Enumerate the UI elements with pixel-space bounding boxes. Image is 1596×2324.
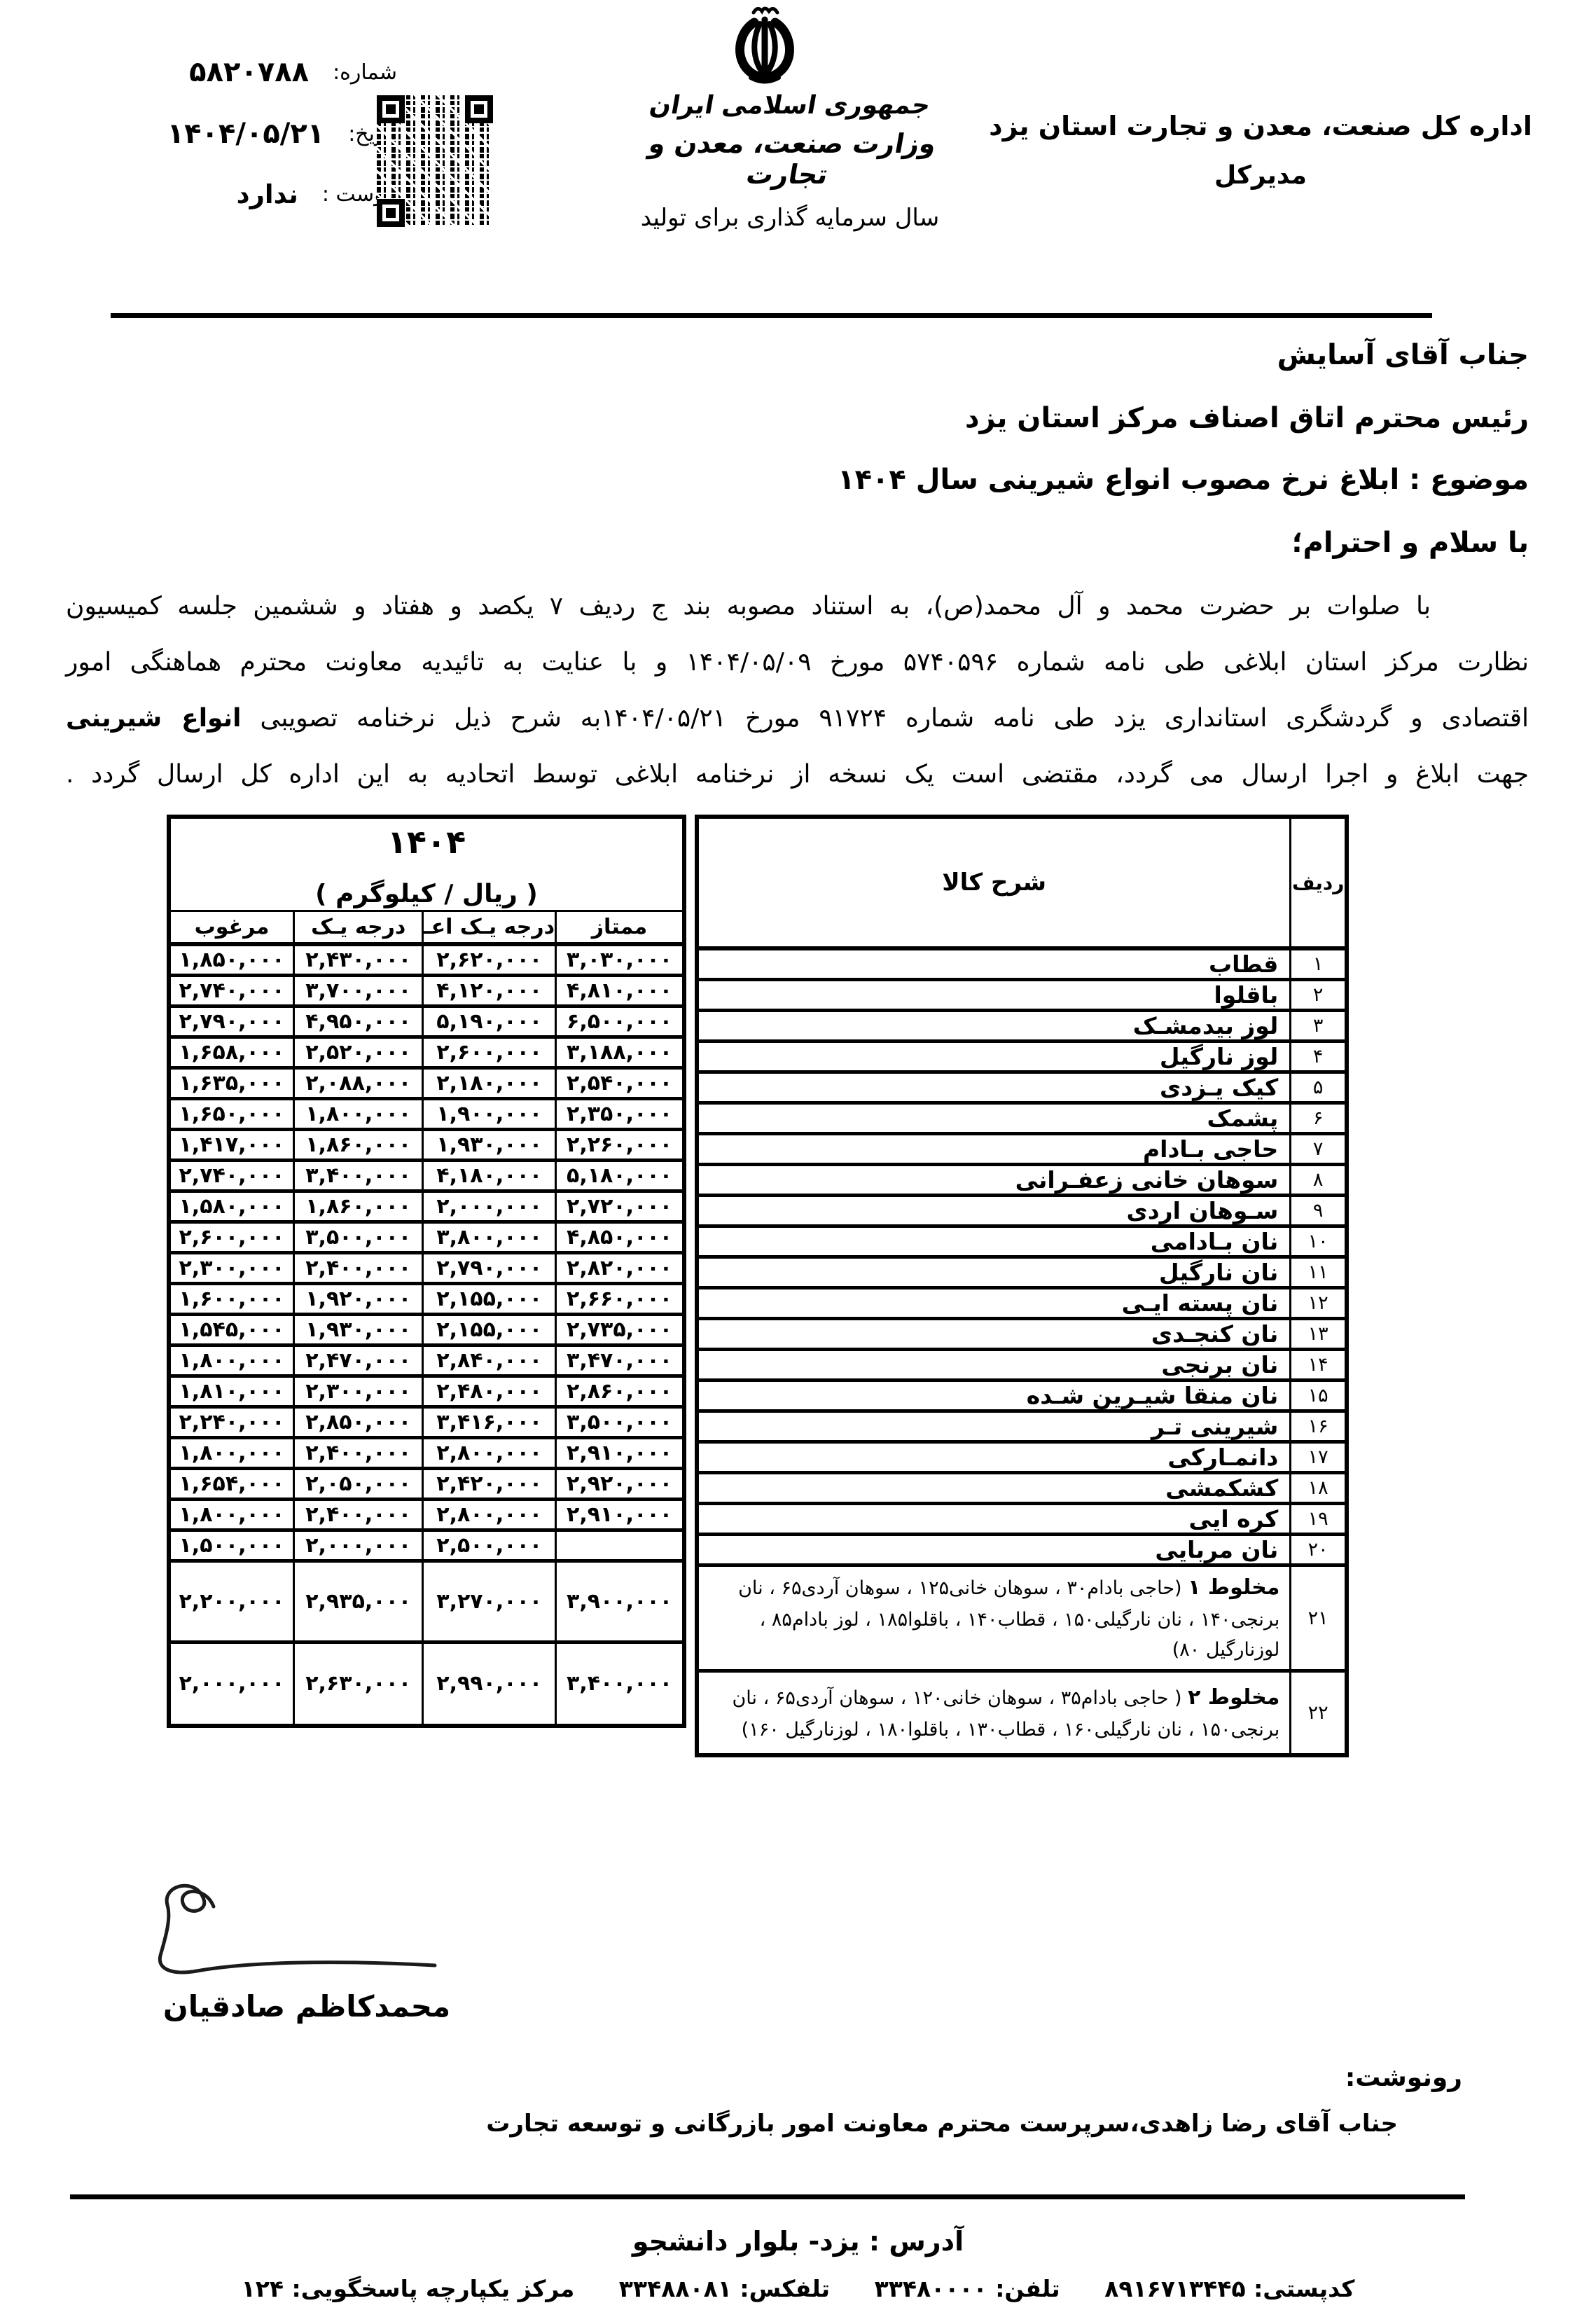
row-number-cell: ۶ xyxy=(1291,1103,1347,1134)
table-row: ۵,۱۸۰,۰۰۰۴,۱۸۰,۰۰۰۳,۴۰۰,۰۰۰۲,۷۴۰,۰۰۰ xyxy=(169,1160,684,1191)
letter-date-row: تاریخ: ۱۴۰۴/۰۵/۲۱ xyxy=(15,118,397,150)
qr-finder-icon xyxy=(377,199,405,227)
row-number-cell: ۱۹ xyxy=(1291,1504,1347,1535)
year-slogan: سال سرمایه گذاری برای تولید xyxy=(608,204,972,232)
letterhead-center: جمهوری اسلامی ایران وزارت صنعت، معدن و ت… xyxy=(608,91,972,232)
item-cell: کیک یـزدی xyxy=(697,1072,1291,1103)
item-cell: مخلوط ۱ (حاجی بادام۳۰ ، سوهان خانی۱۲۵ ، … xyxy=(697,1565,1291,1671)
price-cell: ۳,۰۳۰,۰۰۰ xyxy=(556,944,684,975)
table-row: ۲,۶۶۰,۰۰۰۲,۱۵۵,۰۰۰۱,۹۲۰,۰۰۰۱,۶۰۰,۰۰۰ xyxy=(169,1283,684,1314)
qr-finder-icon xyxy=(465,95,493,123)
price-cell: ۲,۳۵۰,۰۰۰ xyxy=(556,1098,684,1129)
row-number-cell: ۱۰ xyxy=(1291,1226,1347,1257)
price-cell: ۱,۸۱۰,۰۰۰ xyxy=(169,1376,293,1406)
footer-address: آدرس : یزد- بلوار دانشجو xyxy=(0,2226,1596,2257)
price-cell: ۴,۸۱۰,۰۰۰ xyxy=(556,975,684,1006)
table-row: ۵کیک یـزدی xyxy=(697,1072,1347,1103)
table-year: ۱۴۰۴ xyxy=(171,824,682,860)
addressee-name: جناب آقای آسایش xyxy=(1277,339,1529,371)
col-header-row-number: ردیف xyxy=(1291,817,1347,948)
table-row: ۹سـوهان اردی xyxy=(697,1196,1347,1226)
col-header-item: شرح کالا xyxy=(697,817,1291,948)
body-line-3-text: اقتصادی و گردشگری استانداری یزد طی نامه … xyxy=(241,704,1529,733)
salutation: با سلام و احترام؛ xyxy=(1292,527,1529,559)
price-cell: ۲,۸۴۰,۰۰۰ xyxy=(423,1345,556,1376)
price-cell: ۲,۲۰۰,۰۰۰ xyxy=(169,1561,293,1642)
price-cell: ۴,۱۲۰,۰۰۰ xyxy=(423,975,556,1006)
row-number-cell: ۱۱ xyxy=(1291,1257,1347,1288)
org-role: مدیرکل xyxy=(959,161,1562,190)
price-cell: ۲,۲۴۰,۰۰۰ xyxy=(169,1406,293,1437)
price-cell: ۴,۱۸۰,۰۰۰ xyxy=(423,1160,556,1191)
row-number-cell: ۲۰ xyxy=(1291,1535,1347,1565)
table-row: ۲۰نان مربایی xyxy=(697,1535,1347,1565)
price-cell: ۳,۴۷۰,۰۰۰ xyxy=(556,1345,684,1376)
org-name: اداره کل صنعت، معدن و تجارت استان یزد xyxy=(959,111,1562,141)
row-number-cell: ۷ xyxy=(1291,1134,1347,1165)
price-cell: ۳,۷۰۰,۰۰۰ xyxy=(293,975,422,1006)
price-cell: ۳,۵۰۰,۰۰۰ xyxy=(293,1222,422,1252)
price-cell: ۳,۴۰۰,۰۰۰ xyxy=(556,1642,684,1726)
price-cell: ۱,۹۰۰,۰۰۰ xyxy=(423,1098,556,1129)
item-cell: سوهان خانی زعفـرانی xyxy=(697,1165,1291,1196)
table-row: ۱قطاب xyxy=(697,948,1347,980)
price-cell: ۲,۹۹۰,۰۰۰ xyxy=(423,1642,556,1726)
price-cell: ۲,۹۲۰,۰۰۰ xyxy=(556,1468,684,1499)
letter-date-value: ۱۴۰۴/۰۵/۲۱ xyxy=(167,118,325,150)
price-cell: ۱,۸۰۰,۰۰۰ xyxy=(293,1098,422,1129)
item-cell: مخلوط ۲ ( حاجی بادام۳۵ ، سوهان خانی۱۲۰ ،… xyxy=(697,1671,1291,1755)
table-row: ۴لوز نارگیل xyxy=(697,1042,1347,1072)
price-cell: ۲,۷۹۰,۰۰۰ xyxy=(169,1006,293,1037)
table-row: ۲,۸۶۰,۰۰۰۲,۴۸۰,۰۰۰۲,۳۰۰,۰۰۰۱,۸۱۰,۰۰۰ xyxy=(169,1376,684,1406)
price-cell: ۴,۸۵۰,۰۰۰ xyxy=(556,1222,684,1252)
items-table: ردیف شرح کالا ۱قطاب۲باقلوا۳لوز بیدمشـک۴ل… xyxy=(695,815,1349,1757)
price-cell: ۲,۸۵۰,۰۰۰ xyxy=(293,1406,422,1437)
price-table-header-row: ممتاز درجه یـک اعـلا درجه یـک مرغوب xyxy=(169,911,684,944)
body-line-3: اقتصادی و گردشگری استانداری یزد طی نامه … xyxy=(66,691,1529,747)
row-number-cell: ۸ xyxy=(1291,1165,1347,1196)
col-header-momtaz: ممتاز xyxy=(556,911,684,944)
item-cell: نان نارگیل xyxy=(697,1257,1291,1288)
price-cell: ۱,۵۴۵,۰۰۰ xyxy=(169,1314,293,1345)
table-row: ۱۹کره ایی xyxy=(697,1504,1347,1535)
table-row: ۲,۳۵۰,۰۰۰۱,۹۰۰,۰۰۰۱,۸۰۰,۰۰۰۱,۶۵۰,۰۰۰ xyxy=(169,1098,684,1129)
price-cell: ۱,۹۲۰,۰۰۰ xyxy=(293,1283,422,1314)
table-row: ۲باقلوا xyxy=(697,980,1347,1011)
letter-meta: شماره: ۵۸۲۰۷۸۸ تاریخ: ۱۴۰۴/۰۵/۲۱ پیوست :… xyxy=(15,56,397,209)
price-cell: ۳,۴۰۰,۰۰۰ xyxy=(293,1160,422,1191)
row-number-cell: ۱۲ xyxy=(1291,1288,1347,1319)
price-cell: ۲,۴۰۰,۰۰۰ xyxy=(293,1437,422,1468)
table-row: ۱۳نان کنجـدی xyxy=(697,1319,1347,1350)
price-cell: ۲,۴۷۰,۰۰۰ xyxy=(293,1345,422,1376)
price-cell: ۲,۷۴۰,۰۰۰ xyxy=(169,1160,293,1191)
item-cell: دانمـارکی xyxy=(697,1442,1291,1473)
price-cell: ۳,۸۰۰,۰۰۰ xyxy=(423,1222,556,1252)
price-cell: ۲,۸۰۰,۰۰۰ xyxy=(423,1437,556,1468)
price-cell: ۲,۰۰۰,۰۰۰ xyxy=(169,1642,293,1726)
table-row: ۱۴نان برنجی xyxy=(697,1350,1347,1381)
table-row: ۶,۵۰۰,۰۰۰۵,۱۹۰,۰۰۰۴,۹۵۰,۰۰۰۲,۷۹۰,۰۰۰ xyxy=(169,1006,684,1037)
qr-finder-icon xyxy=(377,95,405,123)
price-cell: ۱,۸۵۰,۰۰۰ xyxy=(169,944,293,975)
item-cell: نان مربایی xyxy=(697,1535,1291,1565)
price-cell: ۵,۱۹۰,۰۰۰ xyxy=(423,1006,556,1037)
table-unit: ( ریال / کیلوگرم ) xyxy=(171,880,682,908)
row-number-cell: ۱۶ xyxy=(1291,1411,1347,1442)
qr-code xyxy=(377,95,493,227)
table-row: ۳لوز بیدمشـک xyxy=(697,1011,1347,1042)
row-number-cell: ۵ xyxy=(1291,1072,1347,1103)
price-cell: ۶,۵۰۰,۰۰۰ xyxy=(556,1006,684,1037)
letter-number-label: شماره: xyxy=(333,60,397,85)
table-row: ۱۱نان نارگیل xyxy=(697,1257,1347,1288)
row-number-cell: ۱۳ xyxy=(1291,1319,1347,1350)
table-row: ۲,۹۱۰,۰۰۰۲,۸۰۰,۰۰۰۲,۴۰۰,۰۰۰۱,۸۰۰,۰۰۰ xyxy=(169,1437,684,1468)
items-table-header-row: ردیف شرح کالا xyxy=(697,817,1347,948)
price-cell: ۲,۰۰۰,۰۰۰ xyxy=(293,1530,422,1561)
table-row: ۱۲نان پسته ایـی xyxy=(697,1288,1347,1319)
footer-postal-code: کدپستی: ۸۹۱۶۷۱۳۴۴۵ xyxy=(1104,2275,1354,2302)
year-unit-cell: ۱۴۰۴ ( ریال / کیلوگرم ) xyxy=(169,817,684,911)
signature-scribble xyxy=(144,1879,452,1987)
price-cell: ۱,۸۰۰,۰۰۰ xyxy=(169,1345,293,1376)
price-cell xyxy=(556,1530,684,1561)
item-cell: نان منقا شیـرین شـده xyxy=(697,1381,1291,1411)
footer-divider xyxy=(70,2194,1465,2199)
item-name: مخلوط ۲ xyxy=(1188,1685,1279,1710)
table-row: ۲,۹۲۰,۰۰۰۲,۴۲۰,۰۰۰۲,۰۵۰,۰۰۰۱,۶۵۴,۰۰۰ xyxy=(169,1468,684,1499)
price-cell: ۲,۳۰۰,۰۰۰ xyxy=(293,1376,422,1406)
price-cell: ۲,۸۲۰,۰۰۰ xyxy=(556,1252,684,1283)
price-cell: ۵,۱۸۰,۰۰۰ xyxy=(556,1160,684,1191)
price-cell: ۲,۸۶۰,۰۰۰ xyxy=(556,1376,684,1406)
price-cell: ۲,۴۸۰,۰۰۰ xyxy=(423,1376,556,1406)
price-cell: ۲,۱۵۵,۰۰۰ xyxy=(423,1283,556,1314)
body-line-4: جهت ابلاغ و اجرا ارسال می گردد، مقتضی اس… xyxy=(66,747,1529,803)
letter-number-value: ۵۸۲۰۷۸۸ xyxy=(189,56,309,88)
price-table-year-row: ۱۴۰۴ ( ریال / کیلوگرم ) xyxy=(169,817,684,911)
table-row: ۳,۱۸۸,۰۰۰۲,۶۰۰,۰۰۰۲,۵۲۰,۰۰۰۱,۶۵۸,۰۰۰ xyxy=(169,1037,684,1067)
price-cell: ۲,۰۵۰,۰۰۰ xyxy=(293,1468,422,1499)
price-cell: ۲,۷۲۰,۰۰۰ xyxy=(556,1191,684,1222)
price-cell: ۱,۶۳۵,۰۰۰ xyxy=(169,1067,293,1098)
price-cell: ۲,۷۹۰,۰۰۰ xyxy=(423,1252,556,1283)
price-cell: ۱,۶۰۰,۰۰۰ xyxy=(169,1283,293,1314)
price-table: ۱۴۰۴ ( ریال / کیلوگرم ) ممتاز درجه یـک ا… xyxy=(167,815,686,1728)
row-number-cell: ۱۸ xyxy=(1291,1473,1347,1504)
price-cell: ۲,۶۳۰,۰۰۰ xyxy=(293,1642,422,1726)
row-number-cell: ۲ xyxy=(1291,980,1347,1011)
row-number-cell: ۱ xyxy=(1291,948,1347,980)
row-number-cell: ۱۵ xyxy=(1291,1381,1347,1411)
price-cell: ۲,۴۰۰,۰۰۰ xyxy=(293,1252,422,1283)
item-cell: حاجی بـادام xyxy=(697,1134,1291,1165)
table-row: ۱۵نان منقا شیـرین شـده xyxy=(697,1381,1347,1411)
table-row: ۳,۰۳۰,۰۰۰۲,۶۲۰,۰۰۰۲,۴۳۰,۰۰۰۱,۸۵۰,۰۰۰ xyxy=(169,944,684,975)
table-row: ۲,۵۰۰,۰۰۰۲,۰۰۰,۰۰۰۱,۵۰۰,۰۰۰ xyxy=(169,1530,684,1561)
body-line-2: نظارت مرکز استان ابلاغی طی نامه شماره ۵۷… xyxy=(66,635,1529,691)
body-line-3-bold: انواع شیرینی xyxy=(66,704,241,733)
item-cell: کشکمشی xyxy=(697,1473,1291,1504)
table-row: ۲,۷۲۰,۰۰۰۲,۰۰۰,۰۰۰۱,۸۶۰,۰۰۰۱,۵۸۰,۰۰۰ xyxy=(169,1191,684,1222)
item-cell: پشمک xyxy=(697,1103,1291,1134)
table-row: ۳,۹۰۰,۰۰۰۳,۲۷۰,۰۰۰۲,۹۳۵,۰۰۰۲,۲۰۰,۰۰۰ xyxy=(169,1561,684,1642)
table-row: ۴,۸۵۰,۰۰۰۳,۸۰۰,۰۰۰۳,۵۰۰,۰۰۰۲,۶۰۰,۰۰۰ xyxy=(169,1222,684,1252)
row-number-cell: ۲۱ xyxy=(1291,1565,1347,1671)
table-row: ۳,۴۷۰,۰۰۰۲,۸۴۰,۰۰۰۲,۴۷۰,۰۰۰۱,۸۰۰,۰۰۰ xyxy=(169,1345,684,1376)
price-cell: ۲,۶۲۰,۰۰۰ xyxy=(423,944,556,975)
row-number-cell: ۳ xyxy=(1291,1011,1347,1042)
table-row: ۱۰نان بـادامی xyxy=(697,1226,1347,1257)
item-name: مخلوط ۱ xyxy=(1188,1575,1279,1600)
price-cell: ۲,۱۵۵,۰۰۰ xyxy=(423,1314,556,1345)
row-number-cell: ۹ xyxy=(1291,1196,1347,1226)
table-row: ۷حاجی بـادام xyxy=(697,1134,1347,1165)
row-number-cell: ۱۷ xyxy=(1291,1442,1347,1473)
table-row: ۲,۹۱۰,۰۰۰۲,۸۰۰,۰۰۰۲,۴۰۰,۰۰۰۱,۸۰۰,۰۰۰ xyxy=(169,1499,684,1530)
letter-number-row: شماره: ۵۸۲۰۷۸۸ xyxy=(15,56,397,88)
price-cell: ۳,۲۷۰,۰۰۰ xyxy=(423,1561,556,1642)
price-cell: ۱,۹۳۰,۰۰۰ xyxy=(293,1314,422,1345)
item-cell: کره ایی xyxy=(697,1504,1291,1535)
price-cell: ۲,۸۰۰,۰۰۰ xyxy=(423,1499,556,1530)
table-row: ۲,۲۶۰,۰۰۰۱,۹۳۰,۰۰۰۱,۸۶۰,۰۰۰۱,۴۱۷,۰۰۰ xyxy=(169,1129,684,1160)
table-row: ۴,۸۱۰,۰۰۰۴,۱۲۰,۰۰۰۳,۷۰۰,۰۰۰۲,۷۴۰,۰۰۰ xyxy=(169,975,684,1006)
price-cell: ۱,۵۰۰,۰۰۰ xyxy=(169,1530,293,1561)
price-cell: ۱,۴۱۷,۰۰۰ xyxy=(169,1129,293,1160)
price-cell: ۱,۶۵۴,۰۰۰ xyxy=(169,1468,293,1499)
cc-recipient: جناب آقای رضا زاهدی،سرپرست محترم معاونت … xyxy=(486,2110,1398,2138)
price-cell: ۲,۴۰۰,۰۰۰ xyxy=(293,1499,422,1530)
body-paragraph: با صلوات بر حضرت محمد و آل محمد(ص)، به ا… xyxy=(66,579,1529,803)
republic-title: جمهوری اسلامی ایران xyxy=(605,91,974,120)
price-cell: ۱,۵۸۰,۰۰۰ xyxy=(169,1191,293,1222)
row-number-cell: ۲۲ xyxy=(1291,1671,1347,1755)
price-cell: ۱,۹۳۰,۰۰۰ xyxy=(423,1129,556,1160)
item-cell: لوز نارگیل xyxy=(697,1042,1291,1072)
table-row: ۸سوهان خانی زعفـرانی xyxy=(697,1165,1347,1196)
price-cell: ۲,۰۸۸,۰۰۰ xyxy=(293,1067,422,1098)
table-row: ۲۲مخلوط ۲ ( حاجی بادام۳۵ ، سوهان خانی۱۲۰… xyxy=(697,1671,1347,1755)
footer-telefax: تلفکس: ۳۳۴۸۸۰۸۱ xyxy=(619,2275,830,2302)
price-cell: ۱,۸۰۰,۰۰۰ xyxy=(169,1499,293,1530)
price-cell: ۱,۸۶۰,۰۰۰ xyxy=(293,1129,422,1160)
letter-attachment-value: ندارد xyxy=(237,179,298,209)
item-cell: باقلوا xyxy=(697,980,1291,1011)
table-row: ۳,۵۰۰,۰۰۰۳,۴۱۶,۰۰۰۲,۸۵۰,۰۰۰۲,۲۴۰,۰۰۰ xyxy=(169,1406,684,1437)
table-row: ۱۸کشکمشی xyxy=(697,1473,1347,1504)
header-divider xyxy=(111,313,1432,318)
item-cell: قطاب xyxy=(697,948,1291,980)
price-cell: ۲,۹۳۵,۰۰۰ xyxy=(293,1561,422,1642)
org-block: اداره کل صنعت، معدن و تجارت استان یزد مد… xyxy=(959,111,1562,190)
price-cell: ۲,۵۰۰,۰۰۰ xyxy=(423,1530,556,1561)
price-cell: ۲,۷۳۵,۰۰۰ xyxy=(556,1314,684,1345)
price-cell: ۲,۹۱۰,۰۰۰ xyxy=(556,1437,684,1468)
letter-attachment-row: پیوست : ندارد xyxy=(15,179,397,209)
price-cell: ۲,۶۰۰,۰۰۰ xyxy=(423,1037,556,1067)
col-header-grade1-premium: درجه یـک اعـلا xyxy=(423,911,556,944)
footer-contacts: کدپستی: ۸۹۱۶۷۱۳۴۴۵ تلفن: ۳۳۴۸۰۰۰۰ تلفکس:… xyxy=(0,2275,1596,2302)
cc-label: رونوشت: xyxy=(1345,2063,1462,2092)
item-cell: سـوهان اردی xyxy=(697,1196,1291,1226)
price-cell: ۲,۵۲۰,۰۰۰ xyxy=(293,1037,422,1067)
price-cell: ۳,۵۰۰,۰۰۰ xyxy=(556,1406,684,1437)
footer-call-center: مرکز یکپارچه پاسخگویی: ۱۲۴ xyxy=(242,2275,575,2302)
table-row: ۲,۸۲۰,۰۰۰۲,۷۹۰,۰۰۰۲,۴۰۰,۰۰۰۲,۳۰۰,۰۰۰ xyxy=(169,1252,684,1283)
table-row: ۲,۷۳۵,۰۰۰۲,۱۵۵,۰۰۰۱,۹۳۰,۰۰۰۱,۵۴۵,۰۰۰ xyxy=(169,1314,684,1345)
row-number-cell: ۱۴ xyxy=(1291,1350,1347,1381)
subject-line: موضوع : ابلاغ نرخ مصوب انواع شیرینی سال … xyxy=(838,464,1529,496)
price-cell: ۲,۷۴۰,۰۰۰ xyxy=(169,975,293,1006)
table-row: ۲,۵۴۰,۰۰۰۲,۱۸۰,۰۰۰۲,۰۸۸,۰۰۰۱,۶۳۵,۰۰۰ xyxy=(169,1067,684,1098)
footer-phone: تلفن: ۳۳۴۸۰۰۰۰ xyxy=(875,2275,1060,2302)
item-cell: لوز بیدمشـک xyxy=(697,1011,1291,1042)
price-cell: ۱,۸۶۰,۰۰۰ xyxy=(293,1191,422,1222)
addressee-title: رئیس محترم اتاق اصناف مرکز استان یزد xyxy=(965,402,1529,434)
item-cell: نان برنجی xyxy=(697,1350,1291,1381)
letter-page: شماره: ۵۸۲۰۷۸۸ تاریخ: ۱۴۰۴/۰۵/۲۱ پیوست :… xyxy=(0,0,1596,2324)
price-cell: ۳,۱۸۸,۰۰۰ xyxy=(556,1037,684,1067)
price-cell: ۲,۶۶۰,۰۰۰ xyxy=(556,1283,684,1314)
row-number-cell: ۴ xyxy=(1291,1042,1347,1072)
price-cell: ۳,۴۱۶,۰۰۰ xyxy=(423,1406,556,1437)
price-cell: ۲,۱۸۰,۰۰۰ xyxy=(423,1067,556,1098)
item-cell: نان پسته ایـی xyxy=(697,1288,1291,1319)
body-line-1: با صلوات بر حضرت محمد و آل محمد(ص)، به ا… xyxy=(66,579,1529,635)
item-cell: نان کنجـدی xyxy=(697,1319,1291,1350)
price-cell: ۱,۶۵۰,۰۰۰ xyxy=(169,1098,293,1129)
price-cell: ۱,۶۵۸,۰۰۰ xyxy=(169,1037,293,1067)
price-cell: ۲,۵۴۰,۰۰۰ xyxy=(556,1067,684,1098)
table-row: ۱۷دانمـارکی xyxy=(697,1442,1347,1473)
table-row: ۲۱مخلوط ۱ (حاجی بادام۳۰ ، سوهان خانی۱۲۵ … xyxy=(697,1565,1347,1671)
table-row: ۱۶شیرینی تـر xyxy=(697,1411,1347,1442)
price-cell: ۴,۹۵۰,۰۰۰ xyxy=(293,1006,422,1037)
ministry-title: وزارت صنعت، معدن و تجارت xyxy=(602,128,978,190)
price-cell: ۲,۴۳۰,۰۰۰ xyxy=(293,944,422,975)
price-cell: ۲,۰۰۰,۰۰۰ xyxy=(423,1191,556,1222)
price-cell: ۲,۳۰۰,۰۰۰ xyxy=(169,1252,293,1283)
item-cell: شیرینی تـر xyxy=(697,1411,1291,1442)
signatory-name: محمدکاظم صادقیان xyxy=(104,1989,510,2024)
iran-emblem-icon xyxy=(723,4,807,88)
price-cell: ۲,۴۲۰,۰۰۰ xyxy=(423,1468,556,1499)
col-header-marghub: مرغوب xyxy=(169,911,293,944)
price-cell: ۲,۶۰۰,۰۰۰ xyxy=(169,1222,293,1252)
table-row: ۳,۴۰۰,۰۰۰۲,۹۹۰,۰۰۰۲,۶۳۰,۰۰۰۲,۰۰۰,۰۰۰ xyxy=(169,1642,684,1726)
table-row: ۶پشمک xyxy=(697,1103,1347,1134)
price-cell: ۳,۹۰۰,۰۰۰ xyxy=(556,1561,684,1642)
price-cell: ۲,۹۱۰,۰۰۰ xyxy=(556,1499,684,1530)
item-cell: نان بـادامی xyxy=(697,1226,1291,1257)
price-cell: ۲,۲۶۰,۰۰۰ xyxy=(556,1129,684,1160)
price-cell: ۱,۸۰۰,۰۰۰ xyxy=(169,1437,293,1468)
col-header-grade1: درجه یـک xyxy=(293,911,422,944)
